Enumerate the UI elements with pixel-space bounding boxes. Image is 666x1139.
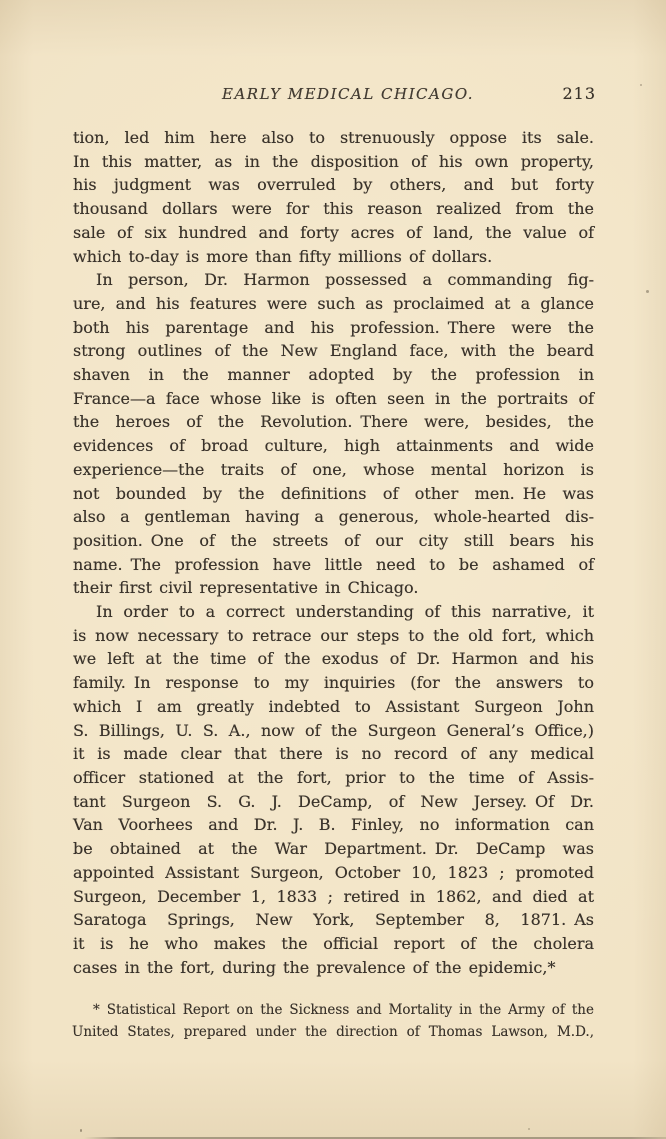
- page-header-title: EARLY MEDICAL CHICAGO.: [222, 87, 474, 102]
- body-line: not bounded by the definitions of other …: [73, 482, 594, 506]
- body-line: experience—the traits of one, whose ment…: [73, 458, 594, 482]
- body-line: tant Surgeon S. G. J. DeCamp, of New Jer…: [73, 790, 594, 814]
- body-line: cases in the fort, during the prevalence…: [73, 956, 594, 980]
- body-line: also a gentleman having a generous, whol…: [73, 505, 594, 529]
- body-line: the heroes of the Revolution. There were…: [73, 410, 594, 434]
- body-line: both his parentage and his profession. T…: [73, 316, 594, 340]
- body-line: strong outlines of the New England face,…: [73, 339, 594, 363]
- body-line: be obtained at the War Department. Dr. D…: [73, 837, 594, 861]
- body-line: Surgeon, December 1, 1833 ; retired in 1…: [73, 885, 594, 909]
- ink-speck: [640, 84, 642, 86]
- body-line: which to-day is more than fifty millions…: [73, 245, 594, 269]
- body-line: officer stationed at the fort, prior to …: [73, 766, 594, 790]
- body-text: tion, led him here also to strenuously o…: [73, 126, 594, 979]
- footnote-line: * Statistical Report on the Sickness and…: [72, 999, 594, 1021]
- ink-speck: [80, 1129, 82, 1132]
- body-line: In person, Dr. Harmon possessed a comman…: [73, 268, 594, 292]
- book-page-scan: EARLY MEDICAL CHICAGO. 213 tion, led him…: [0, 0, 666, 1139]
- body-line: evidences of broad culture, high attainm…: [73, 434, 594, 458]
- footnote-line: United States, prepared under the direct…: [72, 1021, 594, 1043]
- body-line: Saratoga Springs, New York, September 8,…: [73, 908, 594, 932]
- page-number: 213: [562, 86, 596, 102]
- body-line: Van Voorhees and Dr. J. B. Finley, no in…: [73, 813, 594, 837]
- body-line: which I am greatly indebted to Assistant…: [73, 695, 594, 719]
- body-line: shaven in the manner adopted by the prof…: [73, 363, 594, 387]
- body-line: family. In response to my inquiries (for…: [73, 671, 594, 695]
- body-line: it is made clear that there is no record…: [73, 742, 594, 766]
- body-line: appointed Assistant Surgeon, October 10,…: [73, 861, 594, 885]
- body-line: thousand dollars were for this reason re…: [73, 197, 594, 221]
- body-line: it is he who makes the official report o…: [73, 932, 594, 956]
- body-line: France—a face whose like is often seen i…: [73, 387, 594, 411]
- body-line: his judgment was overruled by others, an…: [73, 173, 594, 197]
- ink-speck: [528, 1128, 530, 1130]
- body-line: In this matter, as in the disposition of…: [73, 150, 594, 174]
- body-line: is now necessary to retrace our steps to…: [73, 624, 594, 648]
- body-line: tion, led him here also to strenuously o…: [73, 126, 594, 150]
- body-line: In order to a correct understanding of t…: [73, 600, 594, 624]
- body-line: name. The profession have little need to…: [73, 553, 594, 577]
- footnote: * Statistical Report on the Sickness and…: [72, 999, 594, 1043]
- ink-speck: [646, 290, 649, 293]
- body-line: their first civil representative in Chic…: [73, 576, 594, 600]
- body-line: ure, and his features were such as procl…: [73, 292, 594, 316]
- body-line: S. Billings, U. S. A., now of the Surgeo…: [73, 719, 594, 743]
- body-line: we left at the time of the exodus of Dr.…: [73, 647, 594, 671]
- body-line: sale of six hundred and forty acres of l…: [73, 221, 594, 245]
- body-line: position. One of the streets of our city…: [73, 529, 594, 553]
